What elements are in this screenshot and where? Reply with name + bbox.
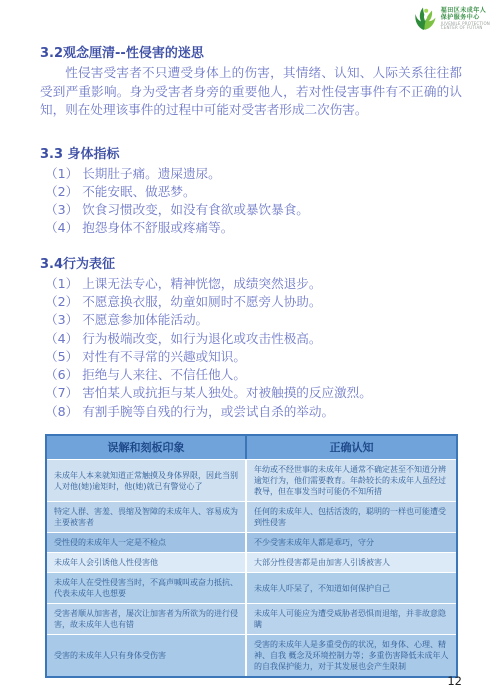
table-cell-correct: 任何的未成年人、包括活泼的，聪明的一样也可能遭受到性侵害 <box>245 502 456 532</box>
table-row: 受害者顺从加害者，屡次让加害者为所欲为的进行侵害，故未成年人也有错 未成年人可能… <box>47 603 456 634</box>
section-3-2: 3.2观念厘清--性侵害的迷思 性侵害受害者不只遭受身体上的伤害，其情绪、认知、… <box>40 42 462 120</box>
section-3-3: 3.3 身体指标 （1） 长期肚子痛。遗屎遗尿。 （2） 不能安眠、做恶梦。 （… <box>40 143 462 238</box>
table-cell-correct: 大部分性侵害都是由加害人引诱被害人 <box>245 553 456 572</box>
page-number: 12 <box>447 674 462 688</box>
table-header-misconception: 误解和刻板印象 <box>47 436 245 459</box>
behavior-indicator-list: （1） 上课无法专心，精神恍惚，成绩突然退步。 （2） 不愿意换衣服，幼童如厕时… <box>40 275 462 421</box>
table-header-correct: 正确认知 <box>245 436 456 459</box>
list-item: （8） 有割手腕等自残的行为，或尝试自杀的举动。 <box>40 403 462 421</box>
table-row: 受性侵的未成年人一定是不检点 不少受害未成年人都是乖巧，守分 <box>47 532 456 552</box>
list-item: （3） 不愿意参加体能活动。 <box>40 311 462 329</box>
table-cell-misconception: 未成年人本来就知道正常触摸及身体界限，因此当别人对他(她)逾矩时，他(她)就已有… <box>47 460 245 501</box>
document-page: 福田区未成年人 保护服务中心 JUVENILE PROTECTION CENTE… <box>0 0 500 695</box>
list-item: （6） 拒绝与人来往、不信任他人。 <box>40 366 462 384</box>
table-cell-misconception: 受害者顺从加害者，屡次让加害者为所欲为的进行侵害，故未成年人也有错 <box>47 604 245 634</box>
table-cell-correct: 受害的未成年人是多重受伤的状况，如身体、心理、精神、自我 概念及环境控制力等；多… <box>245 635 456 676</box>
list-item: （2） 不能安眠、做恶梦。 <box>40 183 462 201</box>
list-item: （1） 上课无法专心，精神恍惚，成绩突然退步。 <box>40 275 462 293</box>
table-row: 未成年人会引诱他人性侵害他 大部分性侵害都是由加害人引诱被害人 <box>47 552 456 572</box>
table-row: 未成年人本来就知道正常触摸及身体界限，因此当别人对他(她)逾矩时，他(她)就已有… <box>47 459 456 501</box>
table-cell-misconception: 受性侵的未成年人一定是不检点 <box>47 533 245 552</box>
org-name-en-line2: CENTER OF FUTIAN <box>441 26 490 31</box>
org-logo: 福田区未成年人 保护服务中心 JUVENILE PROTECTION CENTE… <box>413 5 490 31</box>
list-item: （7） 害怕某人或抗拒与某人独处。对被触摸的反应激烈。 <box>40 384 462 402</box>
section-3-4: 3.4行为表征 （1） 上课无法专心，精神恍惚，成绩突然退步。 （2） 不愿意换… <box>40 253 462 421</box>
section-3-3-heading: 3.3 身体指标 <box>40 143 462 162</box>
section-3-2-paragraph: 性侵害受害者不只遭受身体上的伤害，其情绪、认知、人际关系往往都受到严重影响。身为… <box>40 64 462 120</box>
section-3-4-heading: 3.4行为表征 <box>40 253 462 272</box>
table-cell-correct: 未成年人吓呆了，不知道如何保护自己 <box>245 573 456 603</box>
list-item: （1） 长期肚子痛。遗屎遗尿。 <box>40 165 462 183</box>
misconception-table: 误解和刻板印象 正确认知 未成年人本来就知道正常触摸及身体界限，因此当别人对他(… <box>45 434 458 678</box>
page-content: 3.2观念厘清--性侵害的迷思 性侵害受害者不只遭受身体上的伤害，其情绪、认知、… <box>0 0 500 678</box>
table-cell-misconception: 未成年人在受性侵害当时，不高声喊叫或奋力抵抗、代表未成年人也想要 <box>47 573 245 603</box>
table-header-row: 误解和刻板印象 正确认知 <box>47 436 456 459</box>
list-item: （3） 饮食习惯改变，如没有食欲或暴饮暴食。 <box>40 201 462 219</box>
list-item: （4） 抱怨身体不舒服或疼痛等。 <box>40 219 462 237</box>
table-row: 特定人群、害羞、畏缩及智障的未成年人、容易成为主要被害者 任何的未成年人、包括活… <box>47 501 456 532</box>
table-cell-correct: 不少受害未成年人都是乖巧，守分 <box>245 533 456 552</box>
table-cell-misconception: 特定人群、害羞、畏缩及智障的未成年人、容易成为主要被害者 <box>47 502 245 532</box>
list-item: （5） 对性有不寻常的兴趣或知识。 <box>40 348 462 366</box>
list-item: （4） 行为极端改变，如行为退化或攻击性极高。 <box>40 330 462 348</box>
table-cell-misconception: 未成年人会引诱他人性侵害他 <box>47 553 245 572</box>
list-item: （2） 不愿意换衣服，幼童如厕时不愿旁人协助。 <box>40 293 462 311</box>
table-cell-correct: 未成年人可能应为遭受威胁者恐惧而退缩，并非故意隐瞒 <box>245 604 456 634</box>
org-logo-text: 福田区未成年人 保护服务中心 JUVENILE PROTECTION CENTE… <box>441 5 490 31</box>
table-cell-correct: 年幼或不经世事的未成年人通常不确定甚至不知道分辨逾矩行为，他们需要教育。年龄较长… <box>245 460 456 501</box>
juvenile-protection-logo-icon <box>413 5 438 31</box>
section-3-2-heading: 3.2观念厘清--性侵害的迷思 <box>40 42 462 61</box>
table-cell-misconception: 受害的未成年人只有身体受伤害 <box>47 635 245 676</box>
table-row: 未成年人在受性侵害当时，不高声喊叫或奋力抵抗、代表未成年人也想要 未成年人吓呆了… <box>47 572 456 603</box>
body-indicator-list: （1） 长期肚子痛。遗屎遗尿。 （2） 不能安眠、做恶梦。 （3） 饮食习惯改变… <box>40 165 462 238</box>
table-row: 受害的未成年人只有身体受伤害 受害的未成年人是多重受伤的状况，如身体、心理、精神… <box>47 634 456 676</box>
